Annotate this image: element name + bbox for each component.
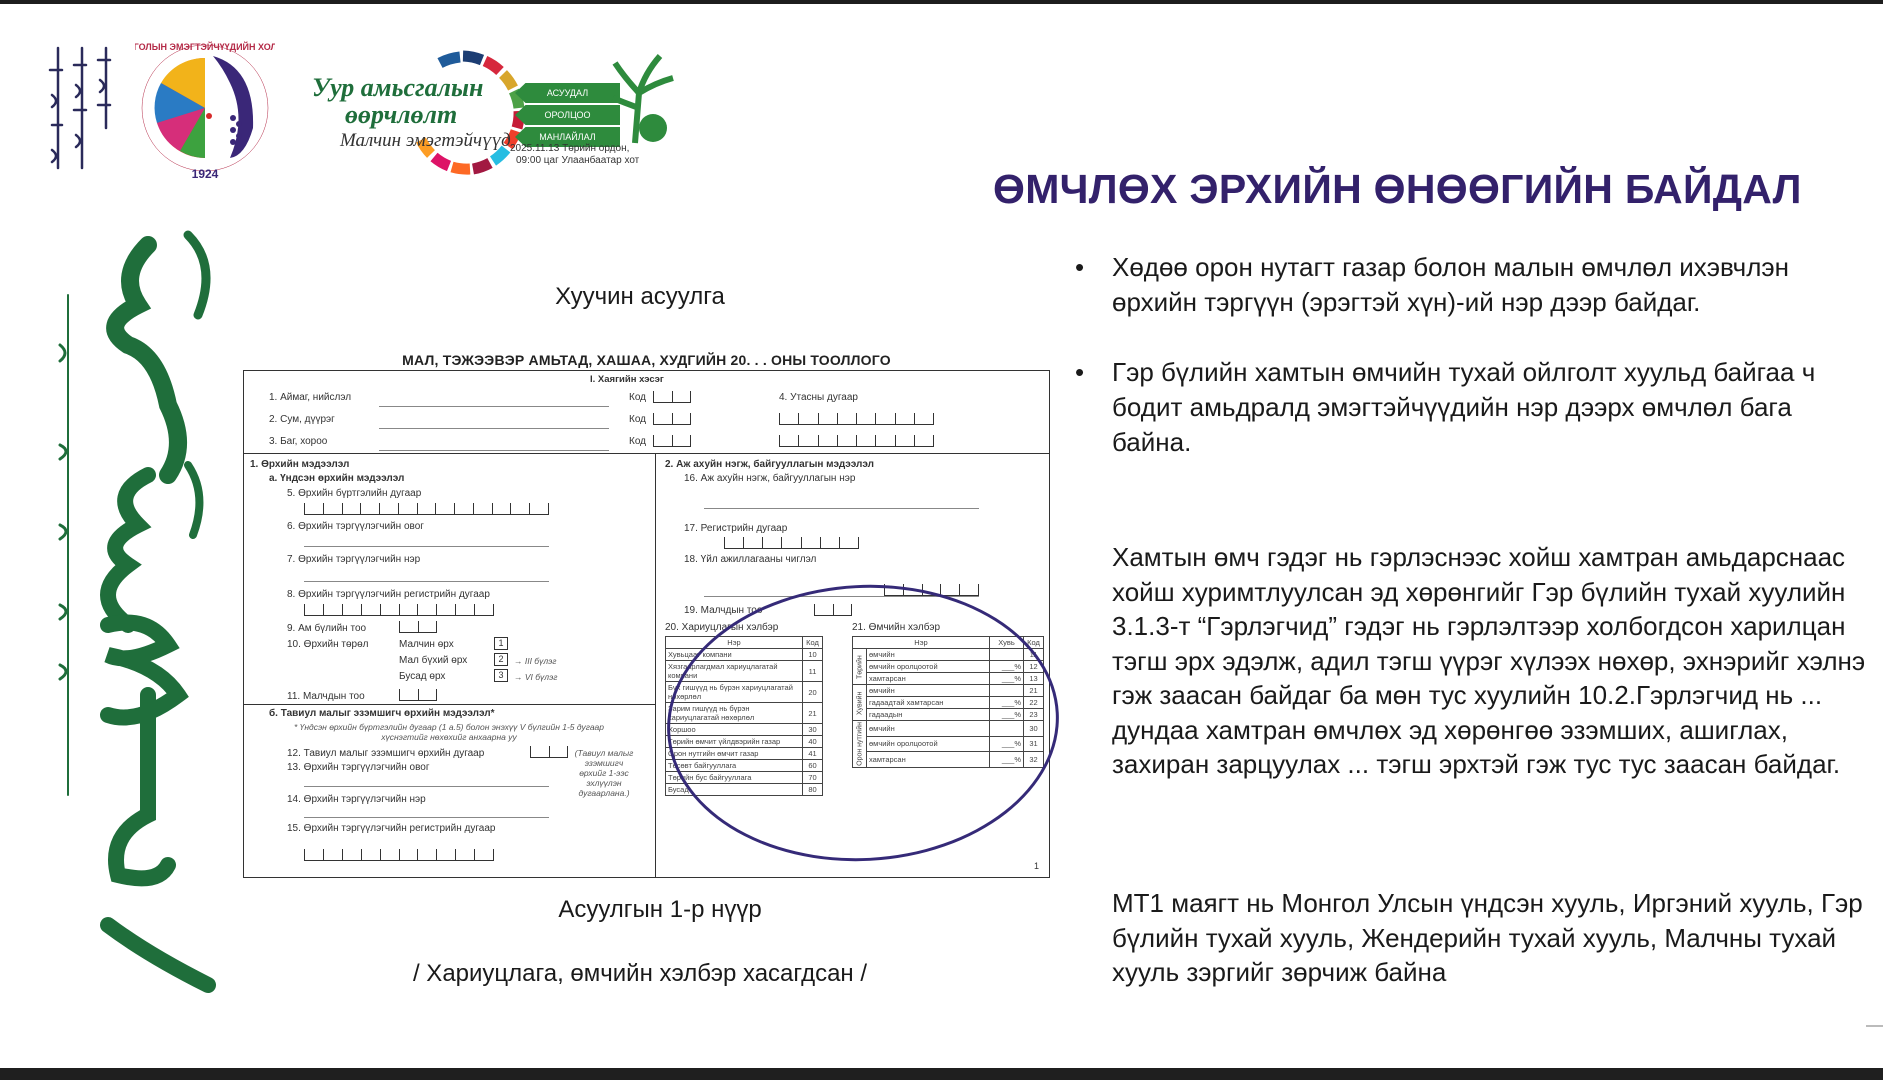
mt1-form-paragraph: МТ1 маягт нь Монгол Улсын үндсэн хууль, …: [1112, 886, 1882, 990]
herd-footnote: * Үндсэн өрхийн бүртгэлийн дугаар (1 а.5…: [289, 722, 609, 742]
liability-row: Бүх гишүүд нь бүрэн хариуцлагатай нөхөрл…: [666, 682, 823, 703]
liability-row: Хоршоо30: [666, 724, 823, 736]
q16-line: [704, 508, 979, 509]
ownership-name: хамтарсан: [867, 673, 990, 685]
code-label: Код: [629, 414, 646, 425]
q9-label: 9. Ам бүлийн тоо: [287, 623, 366, 634]
ownership-row: хамтарсан___%13: [853, 673, 1044, 685]
q13-line: [304, 786, 549, 787]
q12-boxes: [530, 746, 568, 758]
liability-row: Орон нутгийн өмчит газар41: [666, 748, 823, 760]
liability-form-table: Нэр Код Хувьцаат компани10Хязгаарлагдмал…: [665, 636, 823, 796]
address-section-title: I. Хаягийн хэсэг: [590, 374, 664, 385]
ownership-row: хамтарсан___%32: [853, 752, 1044, 768]
event-title-line2: өөрчлөлт: [345, 100, 457, 130]
ownership-code: 12: [1024, 661, 1044, 673]
liability-row: Төсөвт байгууллага60: [666, 760, 823, 772]
liability-name: Хувьцаат компани: [666, 649, 803, 661]
bottom-border: [0, 1068, 1883, 1080]
ownership-name: гадаадын: [867, 709, 990, 721]
household-type-label: Мал бүхий өрх: [399, 655, 467, 666]
q10-label: 10. Өрхийн төрөл: [287, 639, 368, 650]
liability-row: Хувьцаат компани10: [666, 649, 823, 661]
ownership-group: Хувийн: [853, 685, 867, 721]
liability-code: 30: [803, 724, 823, 736]
ownership-row: өмчийн оролцоотой___%12: [853, 661, 1044, 673]
liability-code: 21: [803, 703, 823, 724]
q11-boxes: [399, 689, 437, 701]
q6-label: 6. Өрхийн тэргүүлэгчийн овог: [287, 521, 424, 532]
q20-header: Нэр: [666, 637, 803, 649]
ownership-code: 22: [1024, 697, 1044, 709]
q17-boxes: [724, 537, 859, 549]
divider: [244, 453, 1049, 454]
mongolian-script-org-name: [40, 40, 120, 180]
event-logo: Уур амьсгалын өөрчлөлт Малчин эмэгтэйчүү…: [300, 48, 680, 183]
mongolian-calligraphy-decoration: [38, 225, 228, 1025]
ownership-row: Орон нутгийнөмчийн30: [853, 721, 1044, 737]
phone-label: 4. Утасны дугаар: [779, 392, 858, 403]
q16-label: 16. Аж ахуйн нэгж, байгууллагын нэр: [684, 473, 855, 484]
event-date-line2: 09:00 цаг Улаанбаатар хот: [510, 155, 670, 167]
ownership-percent: [990, 685, 1024, 697]
divider: [655, 453, 656, 877]
ownership-percent: ___%: [990, 661, 1024, 673]
q6-line: [304, 546, 549, 547]
ownership-group: Төрийн: [853, 649, 867, 685]
liability-code: 10: [803, 649, 823, 661]
liability-code: 40: [803, 736, 823, 748]
q5-label: 5. Өрхийн бүртгэлийн дугаар: [287, 488, 421, 499]
q8-label: 8. Өрхийн тэргүүлэгчийн регистрийн дугаа…: [287, 589, 490, 600]
q15-boxes: [304, 849, 494, 861]
ownership-row: гадаадын___%23: [853, 709, 1044, 721]
ownership-code: 32: [1024, 752, 1044, 768]
q8-boxes: [304, 604, 494, 616]
q12-note: (Тавиул малыг эзэмшигч өрхийг 1-ээс эхлү…: [574, 748, 634, 798]
page-caption: Асуулгын 1-р нүүр: [410, 896, 910, 924]
code-boxes: [653, 435, 691, 447]
liability-code: 70: [803, 772, 823, 784]
household-type-note: → VI бүлэг: [514, 672, 557, 682]
liability-name: Хязгаарлагдмал хариуцлагатай компани: [666, 661, 803, 682]
ownership-form-table: Нэр Хувь Код Төрийнөмчийн11өмчийн оролцо…: [852, 636, 1044, 768]
household-section-title: 1. Өрхийн мэдээлэл: [250, 459, 349, 470]
ownership-percent: [990, 649, 1024, 661]
liability-code: 80: [803, 784, 823, 796]
ownership-name: гадаадтай хамтарсан: [867, 697, 990, 709]
address-line: [379, 406, 609, 407]
address-field-label: 2. Сум, дүүрэг: [269, 414, 335, 425]
scroll-indicator: [1866, 1025, 1883, 1027]
q17-label: 17. Регистрийн дугаар: [684, 523, 787, 534]
liability-row: Бусад80: [666, 784, 823, 796]
liability-name: Бусад: [666, 784, 803, 796]
liability-row: Зарим гишүүд нь бүрэн хариуцлагатай нөхө…: [666, 703, 823, 724]
q20-label: 20. Хариуцлагын хэлбэр: [665, 622, 778, 633]
ownership-row: гадаадтай хамтарсан___%22: [853, 697, 1044, 709]
q21-label: 21. Өмчийн хэлбэр: [852, 622, 940, 633]
liability-code: 11: [803, 661, 823, 682]
ownership-percent: ___%: [990, 736, 1024, 752]
form-page-number: 1: [1034, 861, 1039, 871]
household-type-code: 3: [494, 669, 508, 682]
ownership-name: өмчийн оролцоотой: [867, 661, 990, 673]
ownership-percent: ___%: [990, 673, 1024, 685]
liability-row: Төрийн бус байгууллага70: [666, 772, 823, 784]
q19-label: 19. Малчдын тоо: [684, 605, 762, 616]
household-type-note: → III бүлэг: [514, 656, 557, 666]
slide-title: ӨМЧЛӨХ ЭРХИЙН ӨНӨӨГИЙН БАЙДАЛ: [993, 166, 1802, 213]
event-title-line1: Уур амьсгалын: [312, 73, 483, 103]
liability-code: 20: [803, 682, 823, 703]
address-line: [379, 428, 609, 429]
event-subtitle: Малчин эмэгтэйчүүд: [340, 130, 511, 152]
removed-fields-note: / Хариуцлага, өмчийн хэлбэр хасагдсан /: [360, 960, 920, 988]
event-date: 2025.11.13 Төрийн ордон, 09:00 цаг Улаан…: [510, 143, 670, 167]
old-questionnaire-caption: Хуучин асуулга: [390, 283, 890, 311]
joint-property-paragraph: Хамтын өмч гэдэг нь гэрлэснээс хойш хамт…: [1112, 540, 1882, 782]
liability-row: Төрийн өмчит үйлдвэрийн газар40: [666, 736, 823, 748]
liability-name: Хоршоо: [666, 724, 803, 736]
liability-name: Төрийн бус байгууллага: [666, 772, 803, 784]
liability-name: Орон нутгийн өмчит газар: [666, 748, 803, 760]
ownership-group: Орон нутгийн: [853, 721, 867, 768]
liability-code: 41: [803, 748, 823, 760]
household-type-label: Малчин өрх: [399, 639, 454, 650]
q18-label: 18. Үйл ажиллагааны чиглэл: [684, 554, 816, 565]
q18-line: [704, 596, 979, 597]
household-type-code: 1: [494, 637, 508, 650]
ownership-percent: ___%: [990, 752, 1024, 768]
q5-boxes: [304, 503, 549, 515]
org-logo-ring-text: МОНГОЛЫН ЭМЭГТЭЙЧҮҮДИЙН ХОЛБОО: [135, 41, 275, 52]
top-border: [0, 0, 1883, 4]
census-form-title: МАЛ, ТЭЖЭЭВЭР АМЬТАД, ХАШАА, ХУДГИЙН 20.…: [244, 352, 1049, 368]
household-type-code: 2: [494, 653, 508, 666]
tree-globe-icon: [605, 48, 680, 148]
census-form-page: I. Хаягийн хэсэг 1. Аймаг, нийслэл 2. Су…: [243, 370, 1050, 878]
org-logo-year: 1924: [192, 167, 219, 181]
ownership-name: өмчийн: [867, 685, 990, 697]
q13-label: 13. Өрхийн тэргүүлэгчийн овог: [287, 762, 430, 773]
ownership-name: хамтарсан: [867, 752, 990, 768]
liability-name: Зарим гишүүд нь бүрэн хариуцлагатай нөхө…: [666, 703, 803, 724]
liability-name: Төсөвт байгууллага: [666, 760, 803, 772]
q7-label: 7. Өрхийн тэргүүлэгчийн нэр: [287, 554, 420, 565]
q11-label: 11. Малчдын тоо: [287, 691, 365, 702]
q12-label: 12. Тавиул малыг эзэмшигч өрхийн дугаар: [287, 748, 484, 759]
enterprise-section-title: 2. Аж ахуйн нэгж, байгууллагын мэдээлэл: [665, 459, 874, 470]
q7-line: [304, 581, 549, 582]
q14-line: [304, 817, 549, 818]
ownership-code: 11: [1024, 649, 1044, 661]
ownership-code: 21: [1024, 685, 1044, 697]
q9-boxes: [399, 621, 437, 633]
q21-header: Хувь: [990, 637, 1024, 649]
code-label: Код: [629, 436, 646, 447]
code-boxes: [653, 391, 691, 403]
bullet-item: Хөдөө орон нутагт газар болон малын өмчл…: [1075, 250, 1855, 320]
address-line: [379, 450, 609, 451]
q19-boxes: [814, 604, 852, 616]
event-date-line1: 2025.11.13 Төрийн ордон,: [510, 143, 670, 155]
q20-header: Код: [803, 637, 823, 649]
q21-header: Код: [1024, 637, 1044, 649]
household-type-label: Бусад өрх: [399, 671, 445, 682]
ownership-name: өмчийн: [867, 721, 990, 737]
ownership-name: өмчийн оролцоотой: [867, 736, 990, 752]
ownership-code: 23: [1024, 709, 1044, 721]
bullet-item: Гэр бүлийн хамтын өмчийн тухай ойлголт х…: [1075, 355, 1855, 460]
liability-name: Төрийн өмчит үйлдвэрийн газар: [666, 736, 803, 748]
basic-household-subtitle: а. Үндсэн өрхийн мэдээлэл: [269, 473, 404, 484]
liability-name: Бүх гишүүд нь бүрэн хариуцлагатай нөхөрл…: [666, 682, 803, 703]
ownership-percent: ___%: [990, 697, 1024, 709]
herd-owner-subtitle: б. Тавиул малыг эзэмшигч өрхийн мэдээлэл…: [269, 708, 494, 719]
phone-boxes: [779, 413, 934, 425]
bullet-list: Хөдөө орон нутагт газар болон малын өмчл…: [1075, 250, 1855, 495]
q14-label: 14. Өрхийн тэргүүлэгчийн нэр: [287, 794, 426, 805]
q18-boxes: [884, 584, 979, 596]
phone-boxes: [779, 435, 934, 447]
womens-federation-logo: МОНГОЛЫН ЭМЭГТЭЙЧҮҮДИЙН ХОЛБОО 1924: [135, 38, 275, 183]
divider: [244, 704, 655, 705]
q15-label: 15. Өрхийн тэргүүлэгчийн регистрийн дуга…: [287, 823, 495, 834]
ownership-percent: [990, 721, 1024, 737]
ownership-name: өмчийн: [867, 649, 990, 661]
address-field-label: 1. Аймаг, нийслэл: [269, 392, 351, 403]
liability-code: 60: [803, 760, 823, 772]
code-boxes: [653, 413, 691, 425]
ownership-row: өмчийн оролцоотой___%31: [853, 736, 1044, 752]
ownership-code: 31: [1024, 736, 1044, 752]
ownership-row: Төрийнөмчийн11: [853, 649, 1044, 661]
code-label: Код: [629, 392, 646, 403]
q21-header: Нэр: [853, 637, 990, 649]
ownership-row: Хувийнөмчийн21: [853, 685, 1044, 697]
ownership-percent: ___%: [990, 709, 1024, 721]
ownership-code: 13: [1024, 673, 1044, 685]
ownership-code: 30: [1024, 721, 1044, 737]
liability-row: Хязгаарлагдмал хариуцлагатай компани11: [666, 661, 823, 682]
address-field-label: 3. Баг, хороо: [269, 436, 327, 447]
